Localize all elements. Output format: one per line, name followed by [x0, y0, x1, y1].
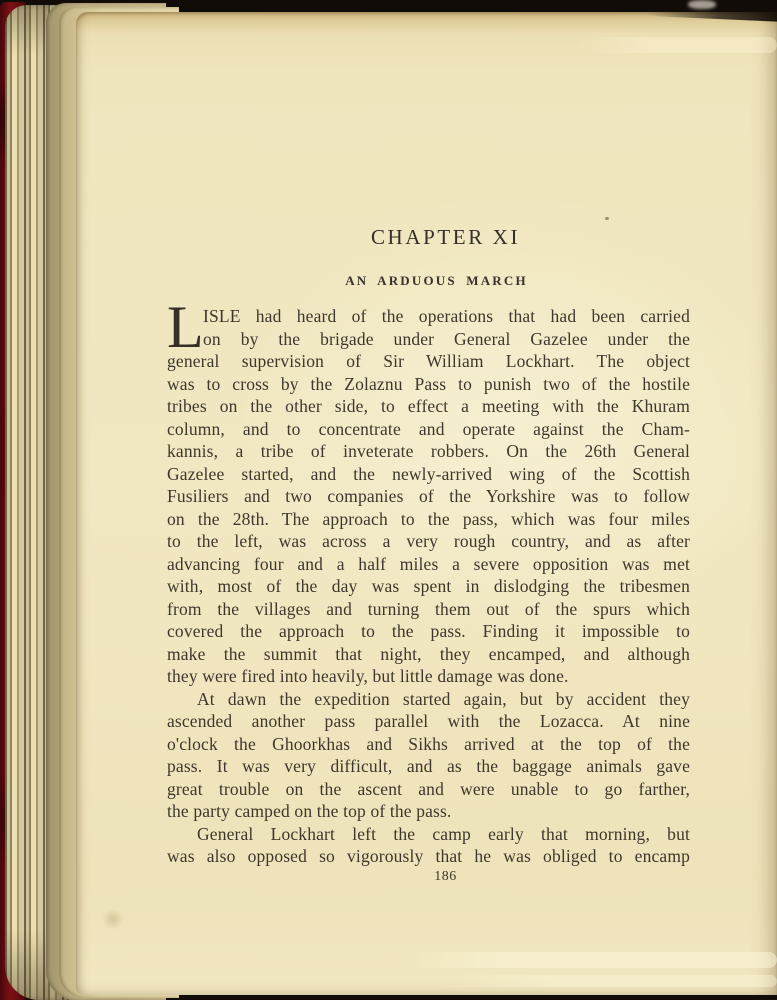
- text-line: with, most of the day was spent in dislo…: [167, 575, 690, 598]
- text-line: to the left, was across a very rough cou…: [167, 530, 690, 553]
- page-number: 186: [184, 869, 707, 885]
- text-line: was to cross by the Zolaznu Pass to puni…: [167, 373, 690, 396]
- text-line: ascended another pass parallel with the …: [167, 710, 690, 733]
- text-line: ISLE had heard of the operations that ha…: [167, 305, 690, 328]
- text-line: kannis, a tribe of inveterate robbers. O…: [167, 440, 690, 463]
- paragraph: LISLE had heard of the operations that h…: [167, 305, 690, 688]
- text-line: Fusiliers and two companies of the Yorks…: [167, 485, 690, 508]
- text-line: pass. It was very difficult, and as the …: [167, 755, 690, 778]
- text-line: Gazelee started, and the newly-arrived w…: [167, 463, 690, 486]
- scan-glare: [688, 0, 716, 9]
- page-content: CHAPTER XI AN ARDUOUS MARCH LISLE had he…: [76, 12, 777, 995]
- text-line: great trouble on the ascent and were una…: [167, 778, 690, 801]
- text-line: advancing four and a half miles a severe…: [167, 553, 690, 576]
- text-line: they were fired into heavily, but little…: [167, 665, 690, 688]
- paragraph: General Lockhart left the camp early tha…: [167, 823, 690, 868]
- book-page: CHAPTER XI AN ARDUOUS MARCH LISLE had he…: [76, 12, 777, 995]
- text-line: column, and to concentrate and operate a…: [167, 418, 690, 441]
- text-line: covered the approach to the pass. Findin…: [167, 620, 690, 643]
- text-line: on the 28th. The approach to the pass, w…: [167, 508, 690, 531]
- text-line: tribes on the other side, to effect a me…: [167, 395, 690, 418]
- text-line: from the villages and turning them out o…: [167, 598, 690, 621]
- book-scene: CHAPTER XI AN ARDUOUS MARCH LISLE had he…: [0, 0, 777, 1000]
- text-line: make the summit that night, they encampe…: [167, 643, 690, 666]
- chapter-heading: CHAPTER XI: [184, 225, 707, 250]
- text-line: o'clock the Ghoorkhas and Sikhs arrived …: [167, 733, 690, 756]
- body-text: LISLE had heard of the operations that h…: [167, 305, 690, 868]
- drop-cap: L: [167, 305, 203, 349]
- text-line: general supervision of Sir William Lockh…: [167, 350, 690, 373]
- chapter-subtitle: AN ARDUOUS MARCH: [175, 273, 698, 289]
- text-line: on by the brigade under General Gazelee …: [167, 328, 690, 351]
- text-line: was also opposed so vigorously that he w…: [167, 845, 690, 868]
- text-line: the party camped on the top of the pass.: [167, 800, 690, 823]
- text-line: General Lockhart left the camp early tha…: [167, 823, 690, 846]
- paragraph: At dawn the expedition started again, bu…: [167, 688, 690, 823]
- text-line: At dawn the expedition started again, bu…: [167, 688, 690, 711]
